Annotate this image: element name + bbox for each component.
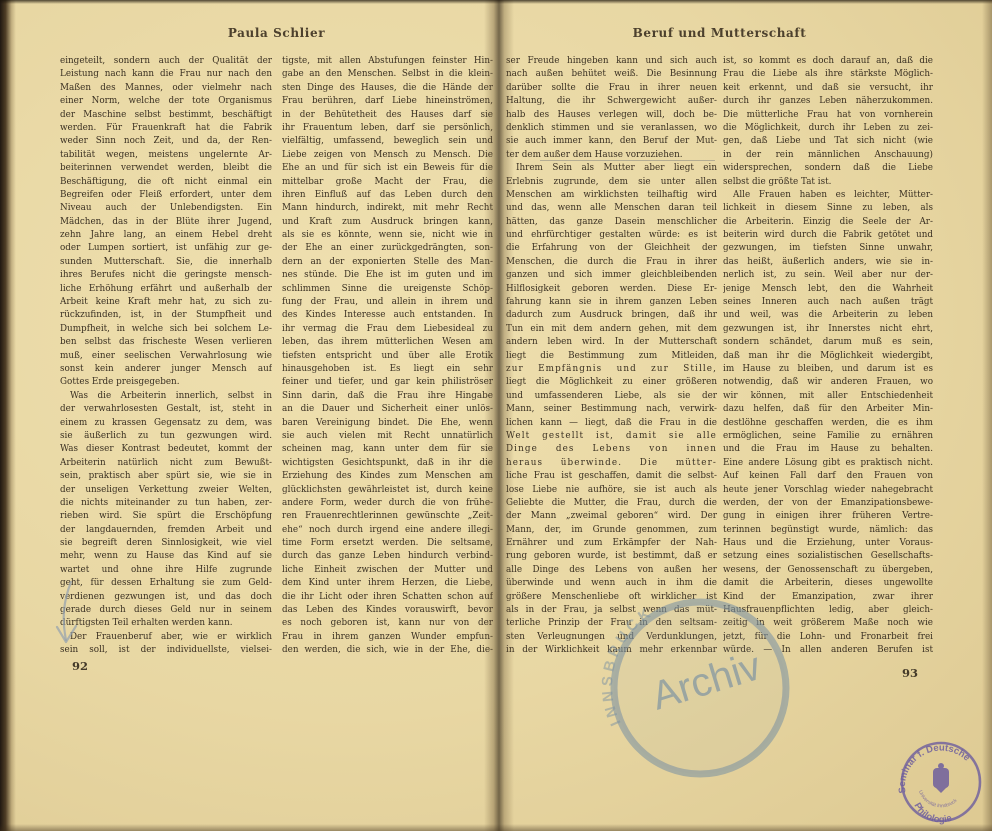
text-line: Welt gestellt ist, damit sie alle [506,430,717,443]
page-number-right: 93 [902,666,918,680]
text-line: sie auch immer kann, den Beruf der Mut- [506,135,717,148]
text-line: widersprechen, sondern daß die Liebe [723,162,933,175]
text-line: der Mann „zweimal geboren“ wird. Der [506,510,717,523]
text-line: ser Freude hingeben kann und sich auch [506,55,717,68]
text-line: lose Liebe nie aufhöre, sie ist auch als [506,484,717,497]
text-line: würde. — In allen anderen Berufen ist [723,644,933,657]
text-line: und die Frau im Hause zu behalten. [723,443,933,456]
right-page-column-1: ser Freude hingeben kann und sich auchna… [506,55,717,658]
text-line: Mann, der, im Grunde genommen, zum [506,524,717,537]
text-line: gung in einigen ihrer früheren Vertre- [723,510,933,523]
text-line: wesens, der Genossenschaft zu übergeben, [723,564,933,577]
text-line: sten Verleugnungen und Verdunklungen, [506,631,717,644]
text-line: im Hause zu bleiben, und darum ist es [723,363,933,376]
text-line: die Erfahrung von der Gleichheit der [506,242,717,255]
text-line: Kind der Emanzipation, zwar ihrer [723,591,933,604]
text-line: terinnen begünstigt wurde, nämlich: das [723,524,933,537]
text-line: Eine andere Lösung gibt es praktisch nic… [723,457,933,470]
text-line: ganzen und sich immer gleichbleibenden [506,269,717,282]
scan-edge-bottom [0,824,992,831]
text-line: das heißt, äußerlich anders, wie sie in- [723,256,933,269]
text-line: destlöhne geschaffen werden, die es ihm [723,417,933,430]
text-line: andern leben wird. In der Mutterschaft [506,336,717,349]
text-line: ter dem außer dem Hause vorzuziehen. [506,149,717,162]
text-line: durch ihr ganzes Leben näherzukommen. [723,95,933,108]
text-line: Ernährer und zum Erkämpfer der Nah- [506,537,717,550]
text-line: ermöglichen, seine Familie zu ernähren [723,430,933,443]
text-line: liche Frau ist geschaffen, damit die sel… [506,470,717,483]
text-line: Frau die Liebe als ihre stärkste Möglich… [723,68,933,81]
text-line: beiterin wird durch die Fabrik getötet u… [723,229,933,242]
text-line: zeitig in weit größerem Maße noch wie [723,617,933,630]
text-line: zur Empfängnis und zur Stille, [506,363,717,376]
text-line: gezwungen ist, ihr Innerstes nicht ehrt, [723,323,933,336]
text-line: die Arbeiterin. Einzig die Seele der Ar- [723,216,933,229]
text-line: in der Wirklichkeit kaum mehr erkennbar [506,644,717,657]
text-line: darüber sollte die Frau in ihrer neuen [506,82,717,95]
text-line: sondern schändet, darum muß es sein, [723,336,933,349]
text-line: keit erkennt, und daß sie versucht, ihr [723,82,933,95]
text-line: lichkeit in diesem Sinne zu leben, als [723,202,933,215]
text-line: Haus und die Erziehung, unter Voraus- [723,537,933,550]
text-line: werden, der von der Emanzipationsbewe- [723,497,933,510]
text-line: die Möglichkeit, durch ihr Leben zu zei- [723,122,933,135]
text-line: selbst die größte Tat ist. [723,176,933,189]
text-line: Erlebnis zugrunde, dem sie unter allen [506,176,717,189]
text-line: dadurch zum Ausdruck bringen, daß ihr [506,309,717,322]
text-line: halb des Hauses verlegen will, doch be- [506,109,717,122]
text-line: denklich stimmen und sie veranlassen, wo [506,122,717,135]
text-line: nach außen behütet weiß. Die Besinnung [506,68,717,81]
text-line: dazu helfen, daß für den Arbeiter Min- [723,403,933,416]
text-line: terliche Prinzip der Frau in den seltsam… [506,617,717,630]
text-line: alle Dinge des Lebens von außen her [506,564,717,577]
text-line: Tun ein mit dem andern gehen, mit dem [506,323,717,336]
text-line: als in der Frau, ja selbst wenn das müt- [506,604,717,617]
text-line: und ehrfürchtiger gestalten würde: es is… [506,229,717,242]
text-line: liegt die Bestimmung zum Mitleiden, [506,350,717,363]
text-line: und weil, was die Arbeiterin zu leben [723,309,933,322]
text-line: damit die Arbeiterin, dieses ungewollte [723,577,933,590]
text-line: gezwungen, im tiefsten Sinne unwahr, [723,242,933,255]
text-line: liegt die Möglichkeit zu einer größeren [506,376,717,389]
text-line: Menschen, die durch die Frau in ihrer [506,256,717,269]
text-line: überwinde und wenn auch in ihm die [506,577,717,590]
text-line: und umfassenderen Liebe, als sie der [506,390,717,403]
text-line: hätten, das ganze Dasein menschlicher [506,216,717,229]
text-line: heute jener Vorschlag wieder nahegebrach… [723,484,933,497]
text-line: in der rein männlichen Anschauung) [723,149,933,162]
text-line: Die mütterliche Frau hat von vornherein [723,109,933,122]
text-line: rung geboren wurde, ist bestimmt, daß er [506,550,717,563]
text-line: Auf keinen Fall darf den Frauen von [723,470,933,483]
text-line: Hausfrauenpflichten ledig, aber gleich- [723,604,933,617]
book-scan: Paula Schlier eingeteilt, sondern auch d… [0,0,992,831]
text-line: Haltung, die ihr Schwergewicht außer- [506,95,717,108]
text-line: und das, wenn alle Menschen daran teil [506,202,717,215]
scan-edge-right [982,0,992,831]
text-line: daß man ihr die Möglichkeit wiedergibt, [723,350,933,363]
page-gutter [484,0,514,831]
text-line: lichen kann — liegt, daß die Frau in die [506,417,717,430]
text-line: ist, so kommt es doch darauf an, daß die [723,55,933,68]
text-line: Menschen am wirklichsten teilhaftig wird [506,189,717,202]
text-line: Dinge des Lebens von innen [506,443,717,456]
text-line: notwendig, daß wir anderen Frauen, wo [723,376,933,389]
text-line: seines Inneren auch nach außen trägt [723,296,933,309]
text-line: Mann, seiner Bestimmung nach, verwirk- [506,403,717,416]
text-line: größere Menschenliebe oft wirklicher ist [506,591,717,604]
text-line: Geliebte die Mutter, die Frau, durch die [506,497,717,510]
text-line: Hilflosigkeit geboren werden. Diese Er- [506,283,717,296]
text-line: fahrung kann sie in ihrem ganzen Leben [506,296,717,309]
text-line: setzung eines sozialistischen Gesellscha… [723,550,933,563]
scan-edge-left [0,0,16,831]
text-line: nerlich ist, zu sein. Weil aber nur der- [723,269,933,282]
text-line: jenige Mensch lebt, den die Wahrheit [723,283,933,296]
text-line: Alle Frauen haben es leichter, Mütter- [723,189,933,202]
text-line: Ihrem Sein als Mutter aber liegt ein [506,162,717,175]
text-line: wir können, mit aller Entschiedenheit [723,390,933,403]
text-line: heraus überwinde. Die mütter- [506,457,717,470]
running-header-right: Beruf und Mutterschaft [506,26,933,40]
scan-edge-top [0,0,992,4]
text-line: gen, daß Liebe und Tat sich nicht (wie [723,135,933,148]
right-page-column-2: ist, so kommt es doch darauf an, daß die… [723,55,933,658]
text-line: jetzt, für die Lohn- und Fronarbeit frei [723,631,933,644]
